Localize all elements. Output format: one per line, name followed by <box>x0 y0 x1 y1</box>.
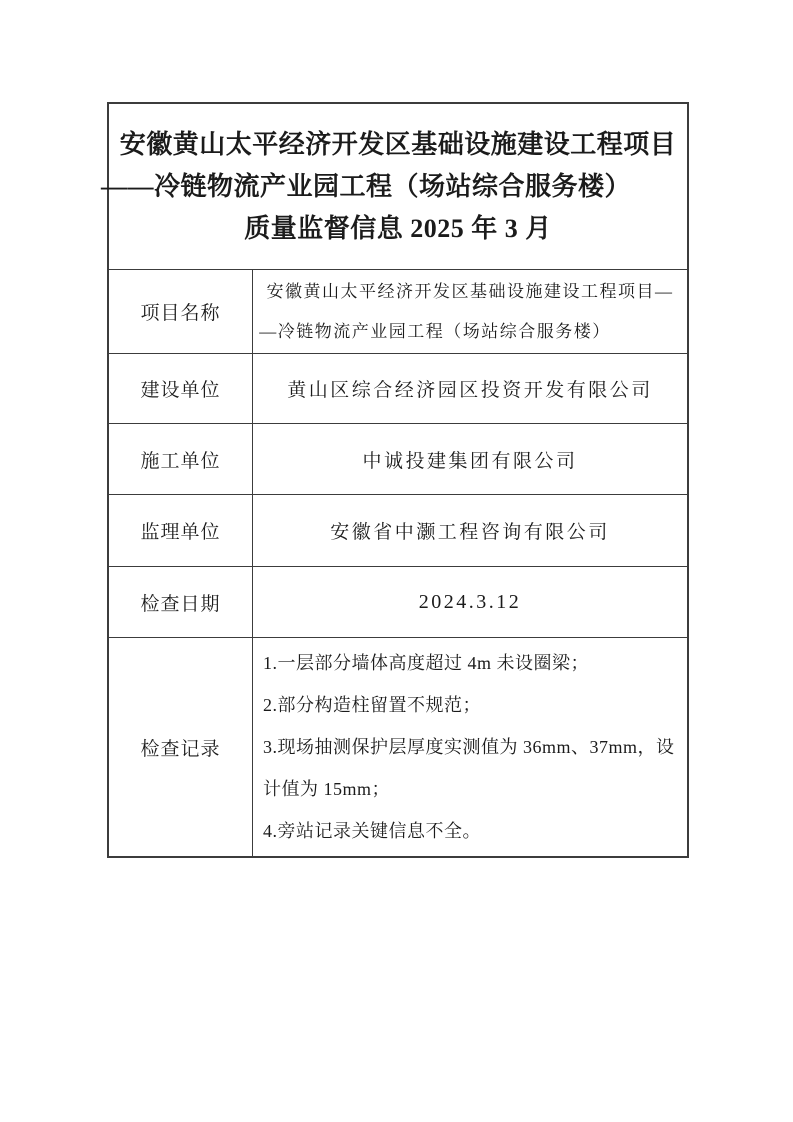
inspection-record-item: 3.现场抽测保护层厚度实测值为 36mm、37mm，设计值为 15mm； <box>263 726 679 810</box>
inspection-record-item: 1.一层部分墙体高度超过 4m 未设圈梁； <box>263 642 589 684</box>
table-row-inspection-date: 检查日期 2024.3.12 <box>109 567 687 638</box>
supervision-unit-label: 监理单位 <box>109 495 253 566</box>
inspection-record-item: 4.旁站记录关键信息不全。 <box>263 810 481 852</box>
inspection-record-item: 2.部分构造柱留置不规范； <box>263 684 481 726</box>
inspection-date-value: 2024.3.12 <box>253 567 687 637</box>
table-row-supervision-unit: 监理单位 安徽省中灏工程咨询有限公司 <box>109 495 687 567</box>
inspection-date-label: 检查日期 <box>109 567 253 637</box>
construction-unit-value: 黄山区综合经济园区投资开发有限公司 <box>253 354 687 423</box>
table-row-contractor-unit: 施工单位 中诚投建集团有限公司 <box>109 424 687 495</box>
table-row-project-name: 项目名称 安徽黄山太平经济开发区基础设施建设工程项目— —冷链物流产业园工程（场… <box>109 270 687 354</box>
project-name-value-line-2: —冷链物流产业园工程（场站综合服务楼） <box>259 312 611 352</box>
quality-supervision-table: 安徽黄山太平经济开发区基础设施建设工程项目 ——冷链物流产业园工程（场站综合服务… <box>107 102 689 858</box>
title-line-3: 质量监督信息 2025 年 3 月 <box>244 208 552 250</box>
project-name-value-line-1: 安徽黄山太平经济开发区基础设施建设工程项目— <box>267 272 674 312</box>
title-line-2: ——冷链物流产业园工程（场站综合服务楼） <box>101 166 631 208</box>
title-line-1: 安徽黄山太平经济开发区基础设施建设工程项目 <box>120 124 677 166</box>
project-name-label: 项目名称 <box>109 270 253 353</box>
inspection-records-label: 检查记录 <box>109 638 253 856</box>
document-title: 安徽黄山太平经济开发区基础设施建设工程项目 ——冷链物流产业园工程（场站综合服务… <box>109 104 687 270</box>
supervision-unit-value: 安徽省中灏工程咨询有限公司 <box>253 495 687 566</box>
table-row-construction-unit: 建设单位 黄山区综合经济园区投资开发有限公司 <box>109 354 687 424</box>
construction-unit-label: 建设单位 <box>109 354 253 423</box>
table-row-inspection-records: 检查记录 1.一层部分墙体高度超过 4m 未设圈梁； 2.部分构造柱留置不规范；… <box>109 638 687 856</box>
contractor-unit-value: 中诚投建集团有限公司 <box>253 424 687 494</box>
contractor-unit-label: 施工单位 <box>109 424 253 494</box>
project-name-value: 安徽黄山太平经济开发区基础设施建设工程项目— —冷链物流产业园工程（场站综合服务… <box>253 270 687 353</box>
document-page: 安徽黄山太平经济开发区基础设施建设工程项目 ——冷链物流产业园工程（场站综合服务… <box>0 0 793 1122</box>
inspection-records-value: 1.一层部分墙体高度超过 4m 未设圈梁； 2.部分构造柱留置不规范； 3.现场… <box>253 638 687 856</box>
